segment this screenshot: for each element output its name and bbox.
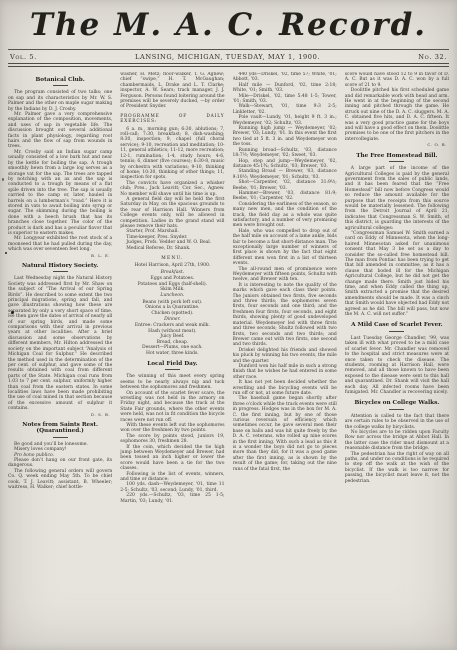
article-heading: Botanical Club. <box>12 77 108 86</box>
paragraph: The score by points stood, juniors 19, s… <box>120 434 224 445</box>
menu-course-heading: Luncheon. <box>120 293 224 298</box>
paragraph: It is interesting to note the quality of… <box>233 283 337 348</box>
column-2: washer, H. Metz; floor-walker, T. G. Agn… <box>120 72 224 630</box>
column-1: Botanical Club.The program consisted of … <box>8 72 112 630</box>
paragraph: The all-round men of prominence were Wey… <box>233 267 337 283</box>
article-heading: The Free Homestead Bill. <box>349 153 445 162</box>
paragraph: No bicycles are to be ridden upon Facult… <box>345 430 449 452</box>
byline-initials: B. L. E. <box>8 253 110 258</box>
menu-course-heading: Breakfast. <box>120 270 224 275</box>
paragraph: Last Wednesday night the Natural History… <box>8 276 112 411</box>
column-4: score would have stood 12 to 9 in favor … <box>345 72 449 630</box>
masthead: The M. A. C. Record. <box>0 0 457 43</box>
menu-course-heading: Dinner. <box>120 317 224 322</box>
menu-line: Skim Milk. <box>120 287 224 292</box>
article-heading: Natural History Society. <box>12 263 108 272</box>
paragraph: Half mile — Dunford, '02, time 2:18; Whi… <box>233 83 337 94</box>
menu-line: Chicken (spotted). <box>120 311 224 316</box>
paragraph: Pole vault—Lundy, '01, height 9 ft. 3 in… <box>233 115 337 126</box>
article-heading: Bicycles on College Walks. <box>349 400 445 409</box>
paragraph: Mr. Longyear exhibited the root stock of… <box>8 236 112 252</box>
ink-speck <box>2 178 4 181</box>
paragraph: Doolittle pitched his first scheduled ga… <box>345 88 449 142</box>
paragraph: A general field day will be held the fir… <box>120 197 224 229</box>
dateline-text: LANSING, MICHIGAN, TUESDAY, MAY 1, 1900. <box>37 53 418 61</box>
paragraph-continuation: score would have stood 12 to 9 in favor … <box>345 72 449 88</box>
dateline-bar: Vol. 5. LANSING, MICHIGAN, TUESDAY, MAY … <box>8 50 449 63</box>
column-3: 440 yds—Driskel, '02, time 57; White, '0… <box>233 72 337 630</box>
paragraph: Shot—Carpenter, '02, distance 31:9½; Bee… <box>233 180 337 191</box>
paragraph: If the coin, which decided the tie high … <box>120 445 224 472</box>
newspaper-page: The M. A. C. Record. Vol. 5. LANSING, MI… <box>0 0 457 650</box>
paragraph: 6 a. m., morning gun; 6:30, ablutions; 7… <box>120 127 224 181</box>
issue-number-label: No. 32. <box>418 53 447 61</box>
paragraph: Running broad—Schultz, '03, distance 18:… <box>233 148 337 159</box>
byline-initials: C. O. B. <box>345 142 447 147</box>
paragraph: Considering the earliness of the season,… <box>233 202 337 229</box>
paragraph: The winning of this meet every spring se… <box>120 374 224 390</box>
paragraph: 220 yds.—Schultz, '03, time 25 1-5; Mart… <box>120 493 224 504</box>
paragraph: 440 yds—Driskel, '02, time 57; White, '0… <box>233 72 337 83</box>
ink-speck <box>11 311 14 314</box>
volume-label: Vol. 5. <box>10 53 37 61</box>
paragraph: 100 yds. dash—Weydemeyer, '01, time 11 2… <box>120 482 224 493</box>
paragraph: The pedestrian has the right of way on a… <box>345 452 449 484</box>
section-subheading: PROGRAMME OF DAILY EXERCISES: <box>120 114 224 125</box>
paragraph: The convicts have organized a whisker cl… <box>120 181 224 197</box>
article-heading: Notes from Saints Rest. (Quarantined.) <box>12 422 108 438</box>
paragraph: Mile—Driskel, '02, time 5:48 1-5; Tower,… <box>233 94 337 105</box>
paragraph: Standing Broad — Brewer, '03, distance 9… <box>233 169 337 180</box>
newspaper-title: The M. A. C. Record. <box>0 7 457 43</box>
paragraph: Hammer—Brewer, '03, distance 81:9; Beebe… <box>233 191 337 202</box>
paragraph: Attention is called to the fact that the… <box>345 414 449 430</box>
paragraph: Hale, who was compelled to drop out of t… <box>233 229 337 267</box>
paragraph: Medical Referee, Dr. Shank. <box>120 246 224 251</box>
paragraph: Running high jump — Weydemeyer, '02; Bre… <box>233 126 337 148</box>
paragraph: On account of the scarlet fever scare, t… <box>120 391 224 423</box>
paragraph: Please don’t hang on our front gate, its… <box>8 458 112 469</box>
paragraph: The following general orders will govern… <box>8 469 112 491</box>
paragraph: Driskel delighted his friends and showed… <box>233 348 337 364</box>
paragraph: With these events left out the sophomore… <box>120 423 224 434</box>
paragraph: Following is the list of events, winners… <box>120 472 224 483</box>
section-subheading: MENU. <box>120 256 224 261</box>
paragraph: Hop, step and jump—Weydemeyer, '02, dist… <box>233 159 337 170</box>
ink-speck <box>5 252 7 254</box>
paragraph: It has not yet been decided whether the … <box>233 380 337 396</box>
paragraph: The program consisted of two talks; one … <box>8 90 112 112</box>
paragraph-continuation: washer, H. Metz; floor-walker, T. G. Agn… <box>120 72 224 110</box>
menu-line: Hotel Harrison, April 27th, 1900. <box>120 263 224 268</box>
byline-initials: D. S. B. <box>8 412 110 417</box>
paragraph: Dunford won his half mile in such a stro… <box>233 364 337 380</box>
paragraph: Last Tuesday George Chandler, '99, was t… <box>345 336 449 395</box>
paragraph: “Congressman Samuel W. Smith earned a ca… <box>345 231 449 318</box>
menu-line: Hot water, three kinds. <box>120 351 224 356</box>
columns: Botanical Club.The program consisted of … <box>0 67 457 630</box>
paragraph: A large part of the income of the Agricu… <box>345 166 449 231</box>
article-heading: Local Field Day. <box>124 361 220 370</box>
paragraph: Mr. Crosby said an Indian sugar camp usu… <box>8 150 112 237</box>
paragraph: Judges, Profs. Vedder and W. O. Beal. <box>120 240 224 245</box>
paragraph: The baseball game began shortly after th… <box>233 396 337 472</box>
paragraph: Mr. Palmer gave a very comprehensive exp… <box>8 112 112 150</box>
article-heading: A Mild Case of Scarlet Fever. <box>349 322 445 331</box>
paragraph: Walk—Stewart, '01, time 9:3 2-5; Linklet… <box>233 104 337 115</box>
